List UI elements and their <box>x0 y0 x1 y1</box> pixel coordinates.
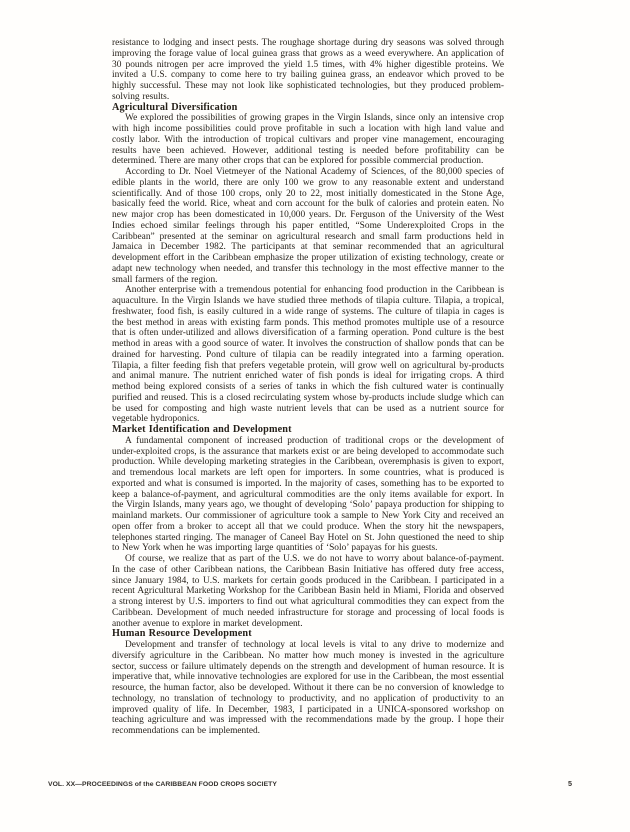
body-paragraph: Another enterprise with a tremendous pot… <box>112 285 504 425</box>
body-paragraph: Development and transfer of technology a… <box>112 640 504 737</box>
body-paragraph: resistance to lodging and insect pests. … <box>112 38 504 103</box>
footer-volume-line: VOL. XX—PROCEEDINGS of the CARIBBEAN FOO… <box>48 781 277 788</box>
section-heading: Agricultural Diversification <box>112 103 504 114</box>
document-page: resistance to lodging and insect pests. … <box>0 0 630 832</box>
page-footer: VOL. XX—PROCEEDINGS of the CARIBBEAN FOO… <box>48 779 572 788</box>
body-paragraph: According to Dr. Noel Vietmeyer of the N… <box>112 167 504 285</box>
body-paragraph: We explored the possibilities of growing… <box>112 113 504 167</box>
section-heading: Market Identification and Development <box>112 425 504 436</box>
body-paragraph: A fundamental component of increased pro… <box>112 436 504 554</box>
body-paragraph: Of course, we realize that as part of th… <box>112 554 504 629</box>
page-body: resistance to lodging and insect pests. … <box>112 38 504 737</box>
footer-page-number: 5 <box>568 779 572 788</box>
section-heading: Human Resource Development <box>112 629 504 640</box>
